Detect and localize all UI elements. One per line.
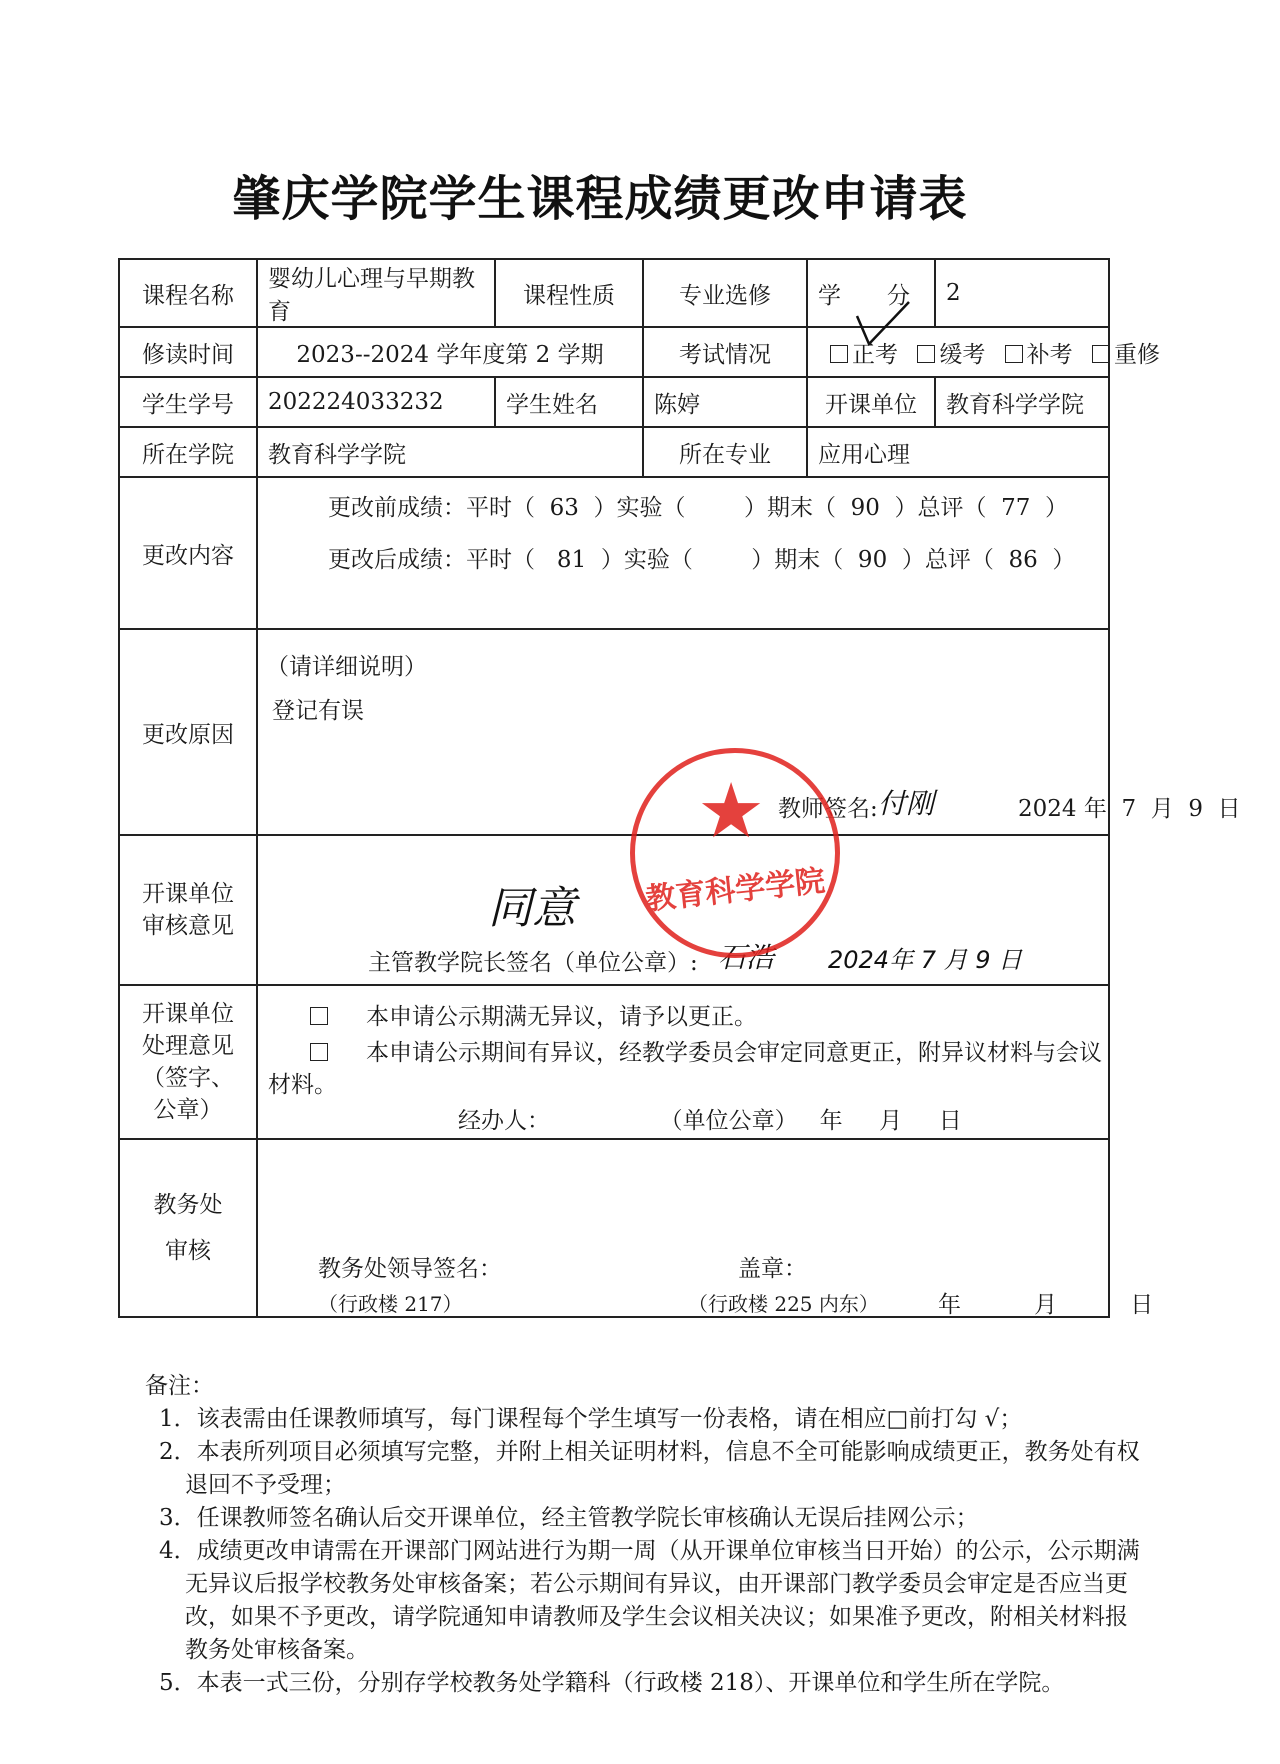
score-before[interactable]: 更改前成绩：平时（ 63 ）实验（ ）期末（ 90 ）总评（ 77 ） <box>268 482 1098 534</box>
unit-process-label: 开课单位 处理意见 （签字、 公章） <box>119 985 257 1139</box>
change-content-cell: 更改前成绩：平时（ 63 ）实验（ ）期末（ 90 ）总评（ 77 ） 更改后成… <box>257 477 1109 629</box>
course-name-value[interactable]: 婴幼儿心理与早期教育 <box>257 259 495 327</box>
seal-label: 盖章： <box>738 1250 807 1283</box>
major-label: 所在专业 <box>643 427 807 477</box>
reason-text[interactable]: 登记有误 <box>272 692 364 725</box>
change-reason-label: 更改原因 <box>119 629 257 835</box>
checkbox-icon[interactable] <box>310 1043 328 1061</box>
note-item: 4．成绩更改申请需在开课部门网站进行为期一周（从开课单位审核当日开始）的公示，公… <box>145 1535 1145 1667</box>
checkbox-icon[interactable] <box>1005 345 1023 363</box>
note-item: 3．任课教师签名确认后交开课单位，经主管教学院长审核确认无误后挂网公示； <box>145 1502 1145 1535</box>
form-title: 肇庆学院学生课程成绩更改申请表 <box>0 160 1200 229</box>
offering-unit-value[interactable]: 教育科学学院 <box>935 377 1109 427</box>
note-item: 2．本表所列项目必须填写完整，并附上相关证明材料，信息不全可能影响成绩更正，教务… <box>145 1436 1145 1502</box>
leader-sign-label: 教务处领导签名： <box>318 1250 502 1283</box>
checkbox-icon[interactable] <box>830 345 848 363</box>
teacher-sign-date: 2024 年 7 月 9 日 <box>1018 790 1241 823</box>
office-217: （行政楼 217） <box>318 1288 463 1317</box>
course-type-value[interactable]: 专业选修 <box>643 259 807 327</box>
college-value[interactable]: 教育科学学院 <box>257 427 643 477</box>
dean-signature: 石浩 <box>718 936 774 976</box>
exam-status-label: 考试情况 <box>643 327 807 377</box>
unit-review-label: 开课单位 审核意见 <box>119 835 257 985</box>
course-name-label: 课程名称 <box>119 259 257 327</box>
exam-option-makeup[interactable]: 补考 <box>993 342 1073 368</box>
exam-option-deferred[interactable]: 缓考 <box>905 342 985 368</box>
student-id-label: 学生学号 <box>119 377 257 427</box>
unit-review-cell: 同意 主管教学院长签名（单位公章）: 石浩 2024年 7 月 9 日 <box>257 835 1109 985</box>
affairs-date: 年 月 日 <box>938 1286 1153 1319</box>
checkmark-icon <box>855 300 911 346</box>
process-option-2[interactable]: 本申请公示期间有异议，经教学委员会审定同意更正，附异议材料与会议 <box>310 1034 1102 1067</box>
teacher-sign-label: 教师签名: <box>778 790 878 823</box>
change-content-label: 更改内容 <box>119 477 257 629</box>
checkbox-icon[interactable] <box>310 1007 328 1025</box>
review-opinion: 同意 <box>488 872 576 936</box>
student-name-label: 学生姓名 <box>495 377 643 427</box>
teacher-signature: 付刚 <box>878 782 934 822</box>
dean-sign-date: 2024年 7 月 9 日 <box>828 940 1022 975</box>
offering-unit-label: 开课单位 <box>807 377 935 427</box>
note-item: 5．本表一式三份，分别存学校教务处学籍科（行政楼 218）、开课单位和学生所在学… <box>145 1667 1145 1700</box>
unit-process-cell: 本申请公示期满无异议，请予以更正。 本申请公示期间有异议，经教学委员会审定同意更… <box>257 985 1109 1139</box>
office-225: （行政楼 225 内东） <box>688 1288 879 1317</box>
exam-status-options: 正考 缓考 补考 重修 <box>807 327 1109 377</box>
checkbox-icon[interactable] <box>917 345 935 363</box>
reason-hint: （请详细说明） <box>266 648 427 681</box>
grade-change-form: 课程名称 婴幼儿心理与早期教育 课程性质 专业选修 学 分 2 修读时间 202… <box>118 258 1110 1318</box>
notes-section: 备注： 1．该表需由任课教师填写，每门课程每个学生填写一份表格，请在相应□前打勾… <box>145 1370 1145 1700</box>
academic-affairs-label: 教务处 审核 <box>119 1139 257 1317</box>
college-label: 所在学院 <box>119 427 257 477</box>
change-reason-cell: （请详细说明） 登记有误 教师签名: 付刚 2024 年 7 月 9 日 <box>257 629 1109 835</box>
study-time-label: 修读时间 <box>119 327 257 377</box>
exam-option-retake[interactable]: 重修 <box>1080 342 1160 368</box>
course-type-label: 课程性质 <box>495 259 643 327</box>
major-value[interactable]: 应用心理 <box>807 427 1109 477</box>
notes-title: 备注： <box>145 1370 1145 1403</box>
process-option-2-cont: 材料。 <box>268 1066 337 1099</box>
note-item: 1．该表需由任课教师填写，每门课程每个学生填写一份表格，请在相应□前打勾 √； <box>145 1403 1145 1436</box>
process-option-1[interactable]: 本申请公示期满无异议，请予以更正。 <box>310 998 757 1031</box>
checkbox-icon[interactable] <box>1092 345 1110 363</box>
study-time-value[interactable]: 2023--2024 学年度第 2 学期 <box>257 327 643 377</box>
score-after[interactable]: 更改后成绩：平时（ 81 ）实验（ ）期末（ 90 ）总评（ 86 ） <box>268 534 1098 586</box>
handler-line: 经办人： （单位公章） 年 月 日 <box>458 1102 962 1135</box>
dean-sign-label: 主管教学院长签名（单位公章）: <box>368 944 698 977</box>
student-id-value[interactable]: 202224033232 <box>257 377 495 427</box>
academic-affairs-cell: 教务处领导签名： 盖章： （行政楼 217） （行政楼 225 内东） 年 月 … <box>257 1139 1109 1317</box>
credit-value[interactable]: 2 <box>935 259 1109 327</box>
student-name-value[interactable]: 陈婷 <box>643 377 807 427</box>
